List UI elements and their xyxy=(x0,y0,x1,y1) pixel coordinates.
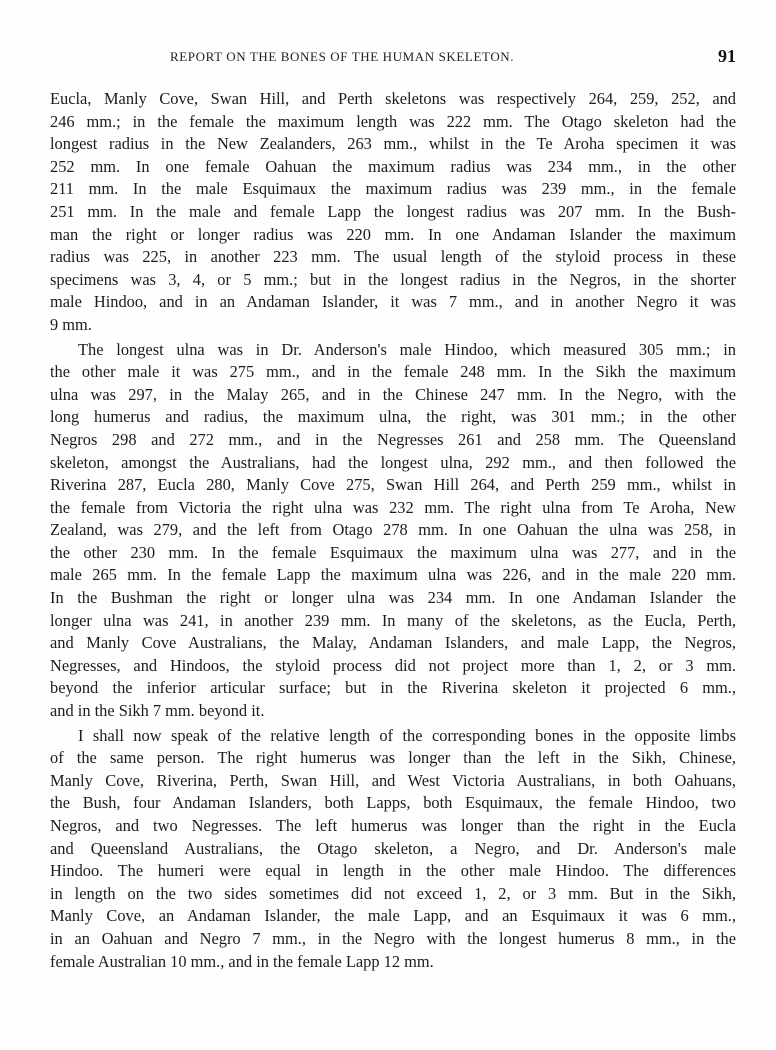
text-line: and Queensland Australians, the Otago sk… xyxy=(50,838,736,861)
text-line: The longest ulna was in Dr. Anderson's m… xyxy=(50,339,736,362)
text-line: Negresses, and Hindoos, the styloid proc… xyxy=(50,655,736,678)
page-number: 91 xyxy=(718,46,736,67)
text-line: longest radius in the New Zealanders, 26… xyxy=(50,133,736,156)
text-line: of the same person. The right humerus wa… xyxy=(50,747,736,770)
text-line: Riverina 287, Eucla 280, Manly Cove 275,… xyxy=(50,474,736,497)
text-line: Manly Cove, an Andaman Islander, the mal… xyxy=(50,905,736,928)
text-line: man the right or longer radius was 220 m… xyxy=(50,224,736,247)
text-line: and Manly Cove Australians, the Malay, A… xyxy=(50,632,736,655)
paragraph-ulna: The longest ulna was in Dr. Anderson's m… xyxy=(50,339,736,723)
text-line: Eucla, Manly Cove, Swan Hill, and Perth … xyxy=(50,88,736,111)
paragraph-opposite-limbs: I shall now speak of the relative length… xyxy=(50,725,736,974)
running-title: REPORT ON THE BONES OF THE HUMAN SKELETO… xyxy=(170,49,514,65)
text-line: male Hindoo, and in an Andaman Islander,… xyxy=(50,291,736,314)
text-line: 246 mm.; in the female the maximum lengt… xyxy=(50,111,736,134)
text-line: the other 230 mm. In the female Esquimau… xyxy=(50,542,736,565)
text-line: beyond the inferior articular surface; b… xyxy=(50,677,736,700)
text-line: in an Oahuan and Negro 7 mm., in the Neg… xyxy=(50,928,736,951)
text-line: Negros 298 and 272 mm., and in the Negre… xyxy=(50,429,736,452)
text-line: male 265 mm. In the female Lapp the maxi… xyxy=(50,564,736,587)
text-line: Negros, and two Negresses. The left hume… xyxy=(50,815,736,838)
book-page: REPORT ON THE BONES OF THE HUMAN SKELETO… xyxy=(0,0,776,1050)
running-header: REPORT ON THE BONES OF THE HUMAN SKELETO… xyxy=(50,46,738,68)
text-line: ulna was 297, in the Malay 265, and in t… xyxy=(50,384,736,407)
text-line: 251 mm. In the male and female Lapp the … xyxy=(50,201,736,224)
text-line: 252 mm. In one female Oahuan the maximum… xyxy=(50,156,736,179)
body-text: Eucla, Manly Cove, Swan Hill, and Perth … xyxy=(50,88,736,973)
text-line: radius was 225, in another 223 mm. The u… xyxy=(50,246,736,269)
text-line: the female from Victoria the right ulna … xyxy=(50,497,736,520)
text-line: the other male it was 275 mm., and in th… xyxy=(50,361,736,384)
paragraph-radius: Eucla, Manly Cove, Swan Hill, and Perth … xyxy=(50,88,736,337)
text-line: 9 mm. xyxy=(50,314,736,337)
text-line: the Bush, four Andaman Islanders, both L… xyxy=(50,792,736,815)
text-line: I shall now speak of the relative length… xyxy=(50,725,736,748)
text-line: specimens was 3, 4, or 5 mm.; but in the… xyxy=(50,269,736,292)
text-line: long humerus and radius, the maximum uln… xyxy=(50,406,736,429)
text-line: longer ulna was 241, in another 239 mm. … xyxy=(50,610,736,633)
text-line: In the Bushman the right or longer ulna … xyxy=(50,587,736,610)
text-line: 211 mm. In the male Esquimaux the maximu… xyxy=(50,178,736,201)
text-line: in length on the two sides sometimes did… xyxy=(50,883,736,906)
text-line: Zealand, was 279, and the left from Otag… xyxy=(50,519,736,542)
text-line: female Australian 10 mm., and in the fem… xyxy=(50,951,736,974)
text-line: Hindoo. The humeri were equal in length … xyxy=(50,860,736,883)
text-line: and in the Sikh 7 mm. beyond it. xyxy=(50,700,736,723)
text-line: Manly Cove, Riverina, Perth, Swan Hill, … xyxy=(50,770,736,793)
text-line: skeleton, amongst the Australians, had t… xyxy=(50,452,736,475)
